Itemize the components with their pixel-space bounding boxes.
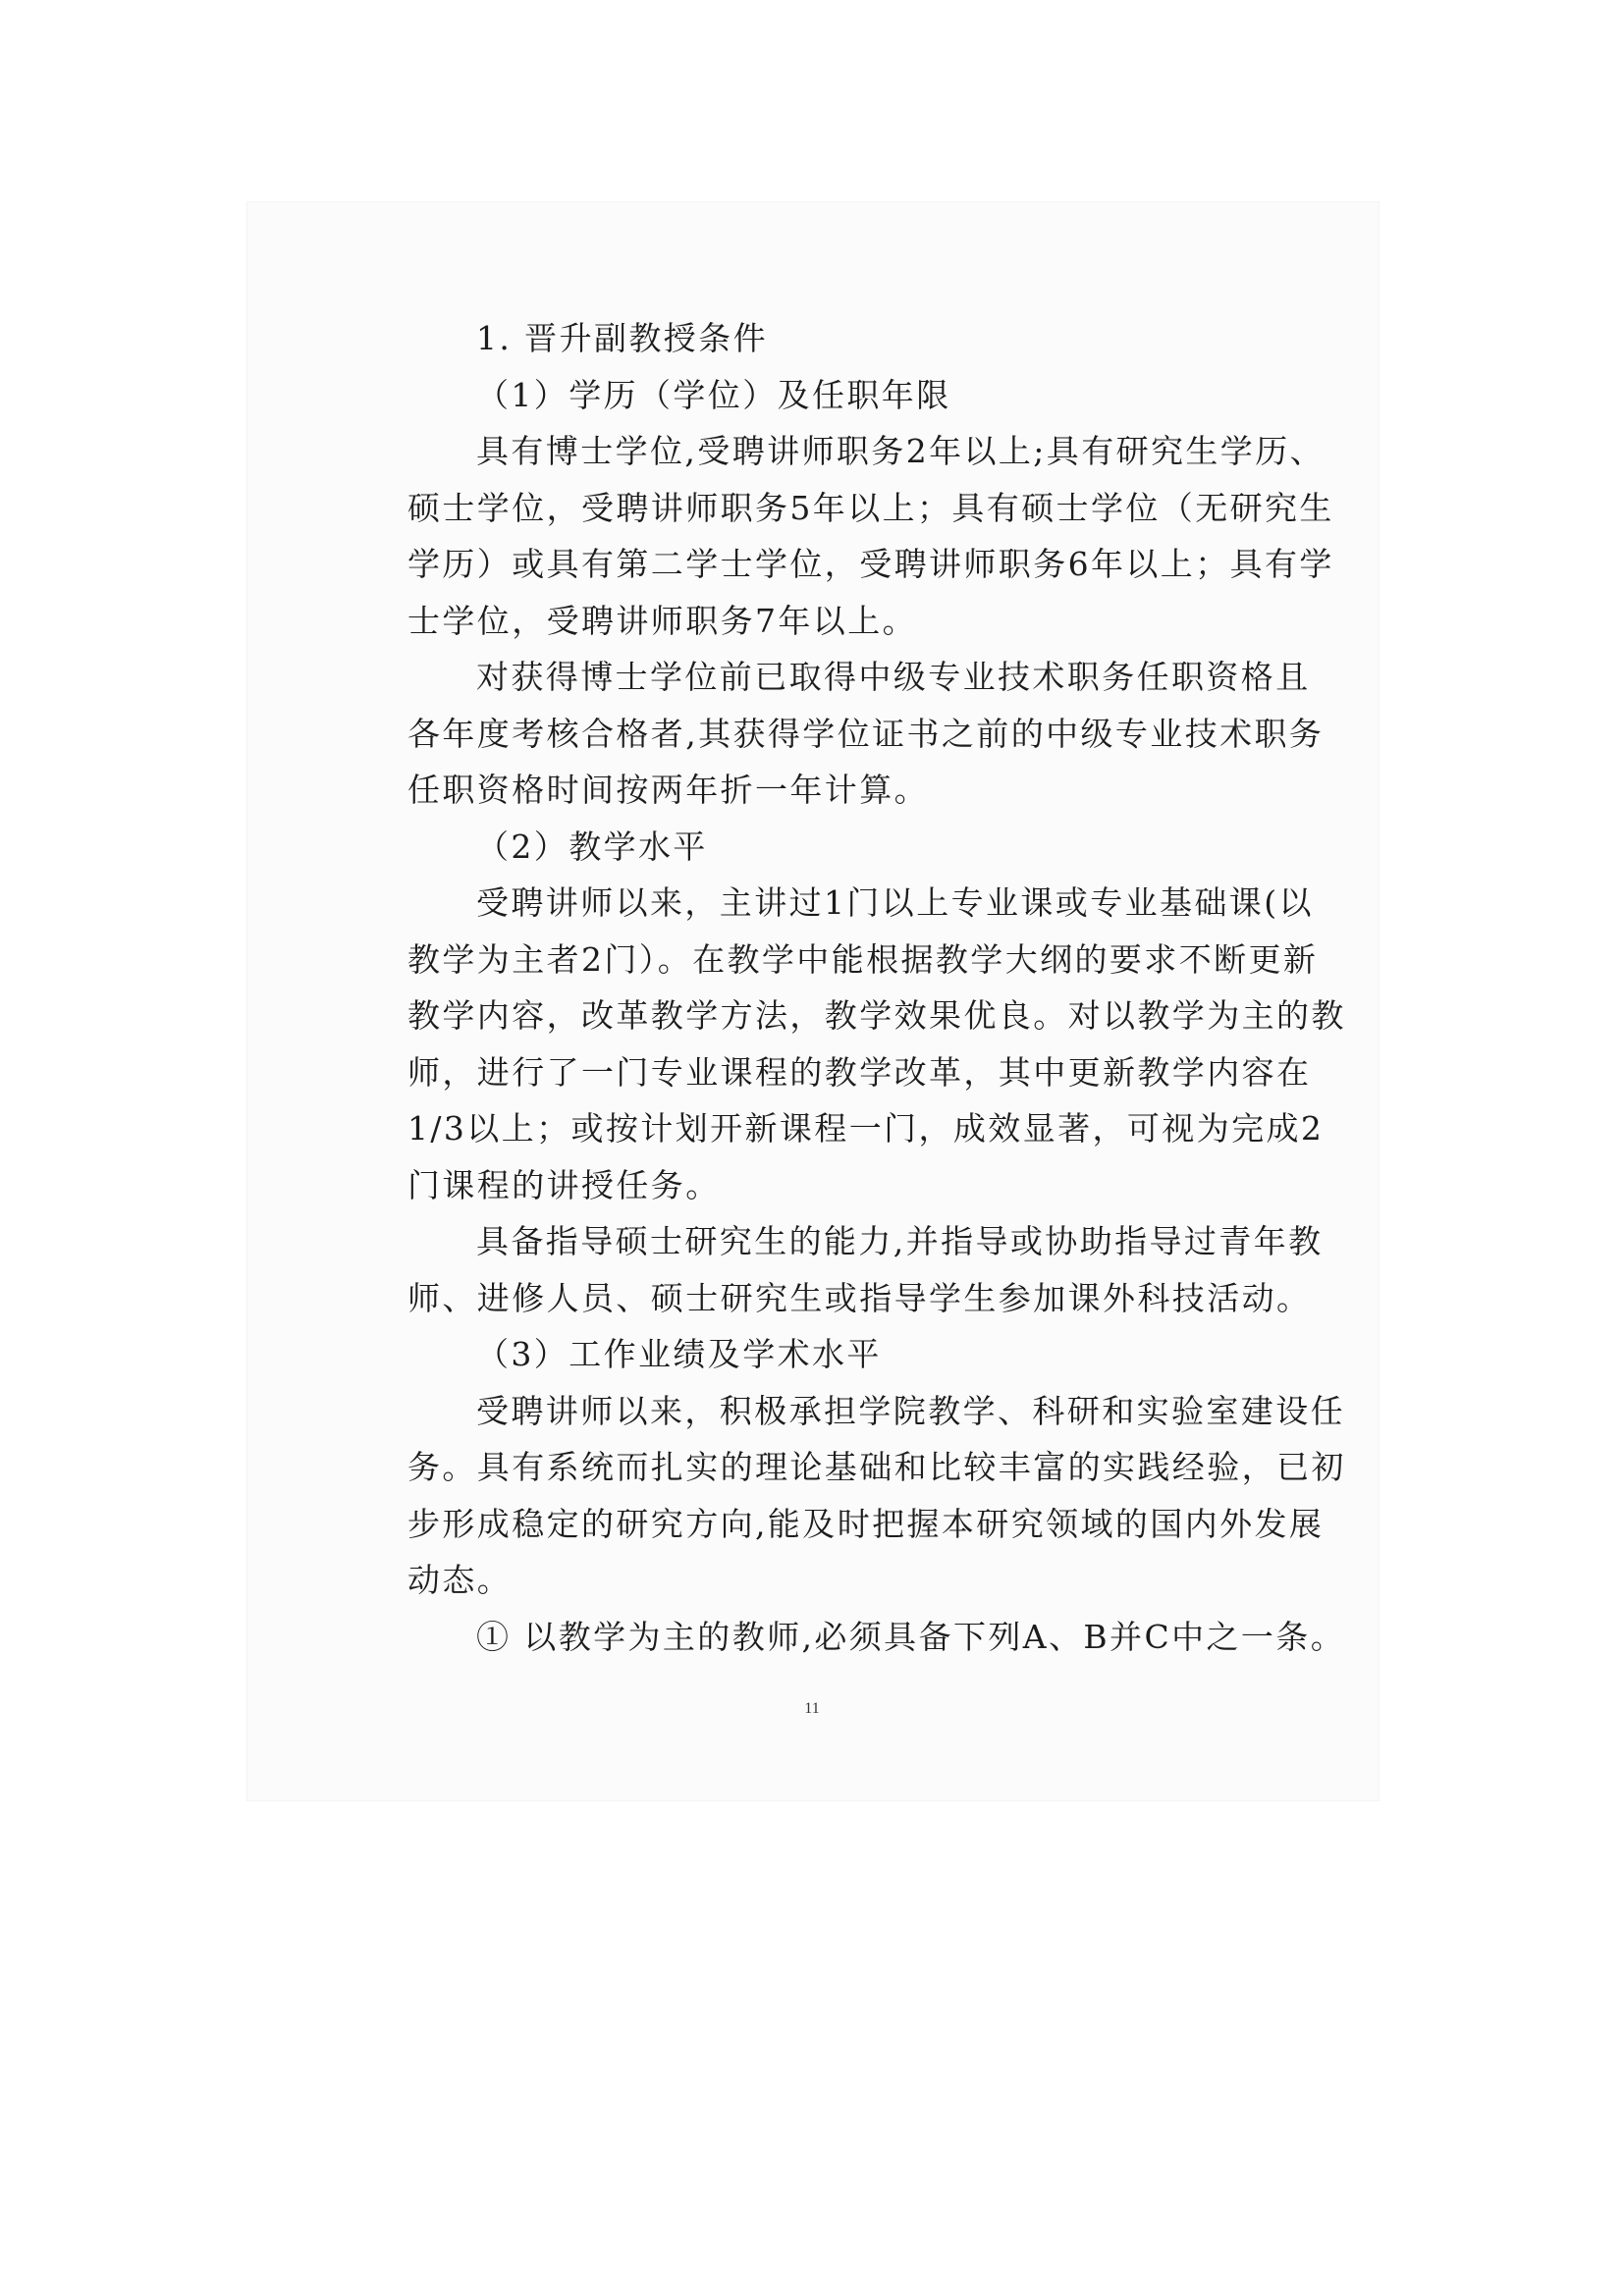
document-body: 1. 晋升副教授条件 （1）学历（学位）及任职年限 具有博士学位,受聘讲师职务2… xyxy=(407,314,1232,1669)
paragraph-line: 具有博士学位,受聘讲师职务2年以上;具有研究生学历、 xyxy=(407,427,1232,484)
page-number: 11 xyxy=(0,1700,1624,1718)
paragraph-line: 受聘讲师以来，主讲过1门以上专业课或专业基础课(以 xyxy=(407,879,1232,935)
paragraph-line: 受聘讲师以来，积极承担学院教学、科研和实验室建设任 xyxy=(407,1387,1232,1444)
paragraph-line: 学历）或具有第二学士学位，受聘讲师职务6年以上；具有学 xyxy=(407,540,1232,597)
paragraph-line: 士学位，受聘讲师职务7年以上。 xyxy=(407,597,1232,654)
paragraph-line: 务。具有系统而扎实的理论基础和比较丰富的实践经验，已初 xyxy=(407,1443,1232,1500)
paragraph-line: 教学为主者2门）。在教学中能根据教学大纲的要求不断更新 xyxy=(407,935,1232,992)
subsection-heading: （3）工作业绩及学术水平 xyxy=(407,1330,1232,1387)
subsection-heading: （2）教学水平 xyxy=(407,823,1232,880)
paragraph-line: 师、进修人员、硕士研究生或指导学生参加课外科技活动。 xyxy=(407,1274,1232,1331)
paragraph-line: 1/3以上；或按计划开新课程一门，成效显著，可视为完成2 xyxy=(407,1104,1232,1161)
paragraph-line: 教学内容，改革教学方法，教学效果优良。对以教学为主的教 xyxy=(407,991,1232,1048)
paragraph-line: 动态。 xyxy=(407,1556,1232,1613)
subsection-heading: （1）学历（学位）及任职年限 xyxy=(407,371,1232,428)
section-heading: 1. 晋升副教授条件 xyxy=(407,314,1232,371)
paragraph-line: 师，进行了一门专业课程的教学改革，其中更新教学内容在 xyxy=(407,1048,1232,1105)
paragraph-line: 各年度考核合格者,其获得学位证书之前的中级专业技术职务 xyxy=(407,710,1232,767)
list-item: ① 以教学为主的教师,必须具备下列A、B并C中之一条。 xyxy=(407,1613,1232,1670)
paragraph-line: 步形成稳定的研究方向,能及时把握本研究领域的国内外发展 xyxy=(407,1500,1232,1557)
paragraph-line: 具备指导硕士研究生的能力,并指导或协助指导过青年教 xyxy=(407,1217,1232,1274)
paragraph-line: 硕士学位，受聘讲师职务5年以上；具有硕士学位（无研究生 xyxy=(407,484,1232,541)
paragraph-line: 门课程的讲授任务。 xyxy=(407,1161,1232,1218)
paragraph-line: 任职资格时间按两年折一年计算。 xyxy=(407,766,1232,823)
paragraph-line: 对获得博士学位前已取得中级专业技术职务任职资格且 xyxy=(407,653,1232,710)
